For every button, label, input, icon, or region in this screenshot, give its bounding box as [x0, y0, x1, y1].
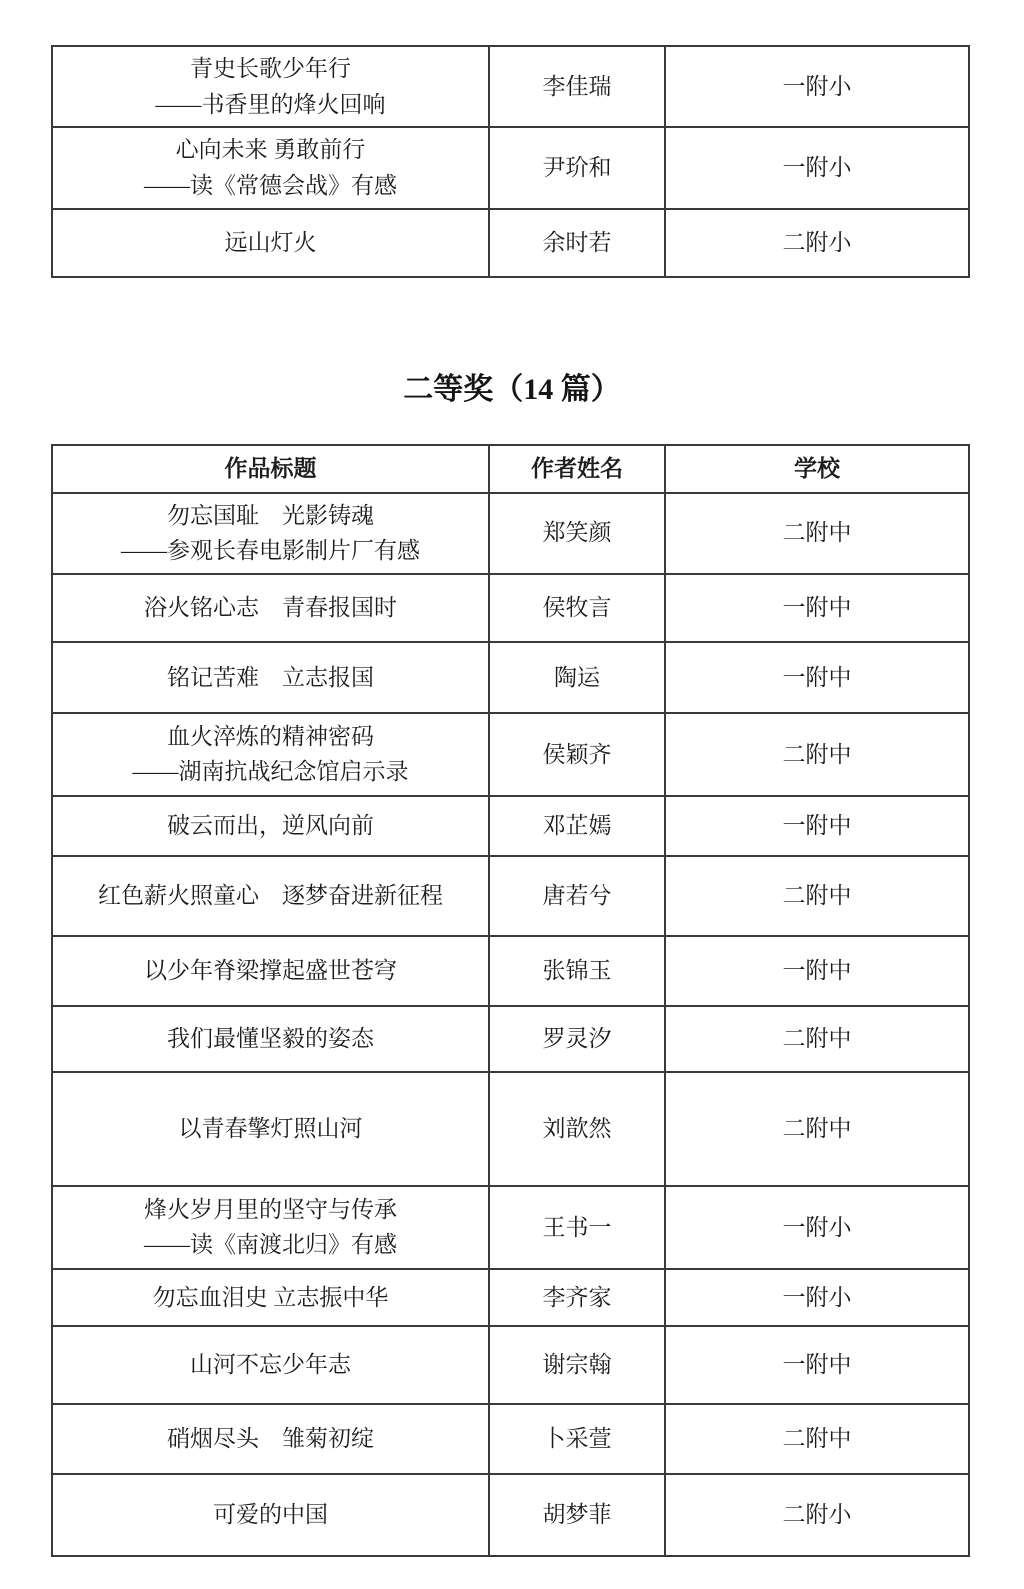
column-header-work-title: 作品标题: [52, 445, 489, 493]
column-header-school: 学校: [665, 445, 969, 493]
table-row: 我们最懂坚毅的姿态罗灵汐二附中: [52, 1006, 969, 1072]
author-name-cell: 卜采萱: [489, 1404, 665, 1474]
work-title-line: ——读《常德会战》有感: [63, 168, 478, 204]
school-cell: 一附中: [665, 936, 969, 1006]
work-title-cell: 破云而出，逆风向前: [52, 796, 489, 856]
work-title-cell: 铭记苦难 立志报国: [52, 642, 489, 713]
table-row: 青史长歌少年行——书香里的烽火回响李佳瑞一附小: [52, 46, 969, 127]
table-row: 铭记苦难 立志报国陶运一附中: [52, 642, 969, 713]
school-cell: 二附小: [665, 209, 969, 277]
author-name-cell: 罗灵汐: [489, 1006, 665, 1072]
work-title-cell: 浴火铭心志 青春报国时: [52, 574, 489, 642]
work-title-line: 浴火铭心志 青春报国时: [63, 590, 478, 626]
work-title-cell: 勿忘国耻 光影铸魂——参观长春电影制片厂有感: [52, 493, 489, 574]
author-name-cell: 余时若: [489, 209, 665, 277]
school-cell: 二附中: [665, 713, 969, 796]
work-title-line: 破云而出，逆风向前: [63, 808, 478, 844]
table-header-row: 作品标题 作者姓名 学校: [52, 445, 969, 493]
author-name-cell: 邓芷嫣: [489, 796, 665, 856]
school-cell: 一附小: [665, 1186, 969, 1269]
school-cell: 二附中: [665, 1072, 969, 1186]
author-name-cell: 郑笑颜: [489, 493, 665, 574]
work-title-line: 红色薪火照童心 逐梦奋进新征程: [63, 878, 478, 914]
work-title-line: 远山灯火: [63, 225, 478, 261]
work-title-line: ——湖南抗战纪念馆启示录: [63, 754, 478, 790]
table-row: 硝烟尽头 雏菊初绽卜采萱二附中: [52, 1404, 969, 1474]
school-cell: 二附中: [665, 493, 969, 574]
work-title-line: 我们最懂坚毅的姿态: [63, 1021, 478, 1057]
table-row: 勿忘国耻 光影铸魂——参观长春电影制片厂有感郑笑颜二附中: [52, 493, 969, 574]
second-prize-table: 作品标题 作者姓名 学校 勿忘国耻 光影铸魂——参观长春电影制片厂有感郑笑颜二附…: [51, 444, 970, 1557]
work-title-line: 青史长歌少年行: [63, 51, 478, 87]
section-heading: 二等奖（14 篇）: [0, 364, 1024, 408]
work-title-line: 铭记苦难 立志报国: [63, 660, 478, 696]
author-name-cell: 谢宗翰: [489, 1326, 665, 1404]
author-name-cell: 尹玠和: [489, 127, 665, 208]
work-title-cell: 青史长歌少年行——书香里的烽火回响: [52, 46, 489, 127]
school-cell: 二附中: [665, 1006, 969, 1072]
table-row: 浴火铭心志 青春报国时侯牧言一附中: [52, 574, 969, 642]
work-title-line: 以少年脊梁撑起盛世苍穹: [63, 953, 478, 989]
work-title-line: 可爱的中国: [63, 1497, 478, 1533]
table-row: 可爱的中国胡梦菲二附小: [52, 1474, 969, 1556]
table-row: 山河不忘少年志谢宗翰一附中: [52, 1326, 969, 1404]
first-prize-continuation-table: 青史长歌少年行——书香里的烽火回响李佳瑞一附小心向未来 勇敢前行——读《常德会战…: [51, 45, 970, 278]
document-page: 青史长歌少年行——书香里的烽火回响李佳瑞一附小心向未来 勇敢前行——读《常德会战…: [0, 0, 1024, 1589]
work-title-cell: 可爱的中国: [52, 1474, 489, 1556]
school-cell: 二附中: [665, 856, 969, 936]
table-row: 红色薪火照童心 逐梦奋进新征程唐若兮二附中: [52, 856, 969, 936]
school-cell: 一附中: [665, 1326, 969, 1404]
work-title-line: 心向未来 勇敢前行: [63, 132, 478, 168]
work-title-line: 勿忘血泪史 立志振中华: [63, 1280, 478, 1316]
work-title-line: ——参观长春电影制片厂有感: [63, 533, 478, 569]
work-title-cell: 红色薪火照童心 逐梦奋进新征程: [52, 856, 489, 936]
work-title-line: 勿忘国耻 光影铸魂: [63, 498, 478, 534]
work-title-line: 血火淬炼的精神密码: [63, 719, 478, 755]
school-cell: 一附中: [665, 574, 969, 642]
author-name-cell: 侯颖齐: [489, 713, 665, 796]
work-title-cell: 心向未来 勇敢前行——读《常德会战》有感: [52, 127, 489, 208]
table-row: 破云而出，逆风向前邓芷嫣一附中: [52, 796, 969, 856]
work-title-cell: 血火淬炼的精神密码——湖南抗战纪念馆启示录: [52, 713, 489, 796]
work-title-line: ——书香里的烽火回响: [63, 87, 478, 123]
author-name-cell: 侯牧言: [489, 574, 665, 642]
work-title-cell: 以青春擎灯照山河: [52, 1072, 489, 1186]
work-title-cell: 远山灯火: [52, 209, 489, 277]
work-title-line: ——读《南渡北归》有感: [63, 1227, 478, 1263]
author-name-cell: 陶运: [489, 642, 665, 713]
table-row: 血火淬炼的精神密码——湖南抗战纪念馆启示录侯颖齐二附中: [52, 713, 969, 796]
work-title-line: 烽火岁月里的坚守与传承: [63, 1192, 478, 1228]
column-header-author-name: 作者姓名: [489, 445, 665, 493]
table-row: 以少年脊梁撑起盛世苍穹张锦玉一附中: [52, 936, 969, 1006]
first-prize-table-body: 青史长歌少年行——书香里的烽火回响李佳瑞一附小心向未来 勇敢前行——读《常德会战…: [52, 46, 969, 277]
table-row: 烽火岁月里的坚守与传承——读《南渡北归》有感王书一一附小: [52, 1186, 969, 1269]
table-row: 勿忘血泪史 立志振中华李齐家一附小: [52, 1269, 969, 1326]
work-title-cell: 我们最懂坚毅的姿态: [52, 1006, 489, 1072]
school-cell: 一附小: [665, 1269, 969, 1326]
work-title-cell: 山河不忘少年志: [52, 1326, 489, 1404]
table-row: 以青春擎灯照山河刘歆然二附中: [52, 1072, 969, 1186]
table-row: 心向未来 勇敢前行——读《常德会战》有感尹玠和一附小: [52, 127, 969, 208]
table-row: 远山灯火余时若二附小: [52, 209, 969, 277]
work-title-cell: 以少年脊梁撑起盛世苍穹: [52, 936, 489, 1006]
school-cell: 二附中: [665, 1404, 969, 1474]
school-cell: 二附小: [665, 1474, 969, 1556]
author-name-cell: 李佳瑞: [489, 46, 665, 127]
author-name-cell: 胡梦菲: [489, 1474, 665, 1556]
work-title-cell: 硝烟尽头 雏菊初绽: [52, 1404, 489, 1474]
work-title-cell: 烽火岁月里的坚守与传承——读《南渡北归》有感: [52, 1186, 489, 1269]
author-name-cell: 王书一: [489, 1186, 665, 1269]
work-title-line: 硝烟尽头 雏菊初绽: [63, 1421, 478, 1457]
work-title-cell: 勿忘血泪史 立志振中华: [52, 1269, 489, 1326]
school-cell: 一附小: [665, 127, 969, 208]
school-cell: 一附小: [665, 46, 969, 127]
author-name-cell: 李齐家: [489, 1269, 665, 1326]
author-name-cell: 张锦玉: [489, 936, 665, 1006]
author-name-cell: 唐若兮: [489, 856, 665, 936]
work-title-line: 山河不忘少年志: [63, 1347, 478, 1383]
author-name-cell: 刘歆然: [489, 1072, 665, 1186]
school-cell: 一附中: [665, 642, 969, 713]
second-prize-table-body: 勿忘国耻 光影铸魂——参观长春电影制片厂有感郑笑颜二附中浴火铭心志 青春报国时侯…: [52, 493, 969, 1556]
school-cell: 一附中: [665, 796, 969, 856]
work-title-line: 以青春擎灯照山河: [63, 1111, 478, 1147]
